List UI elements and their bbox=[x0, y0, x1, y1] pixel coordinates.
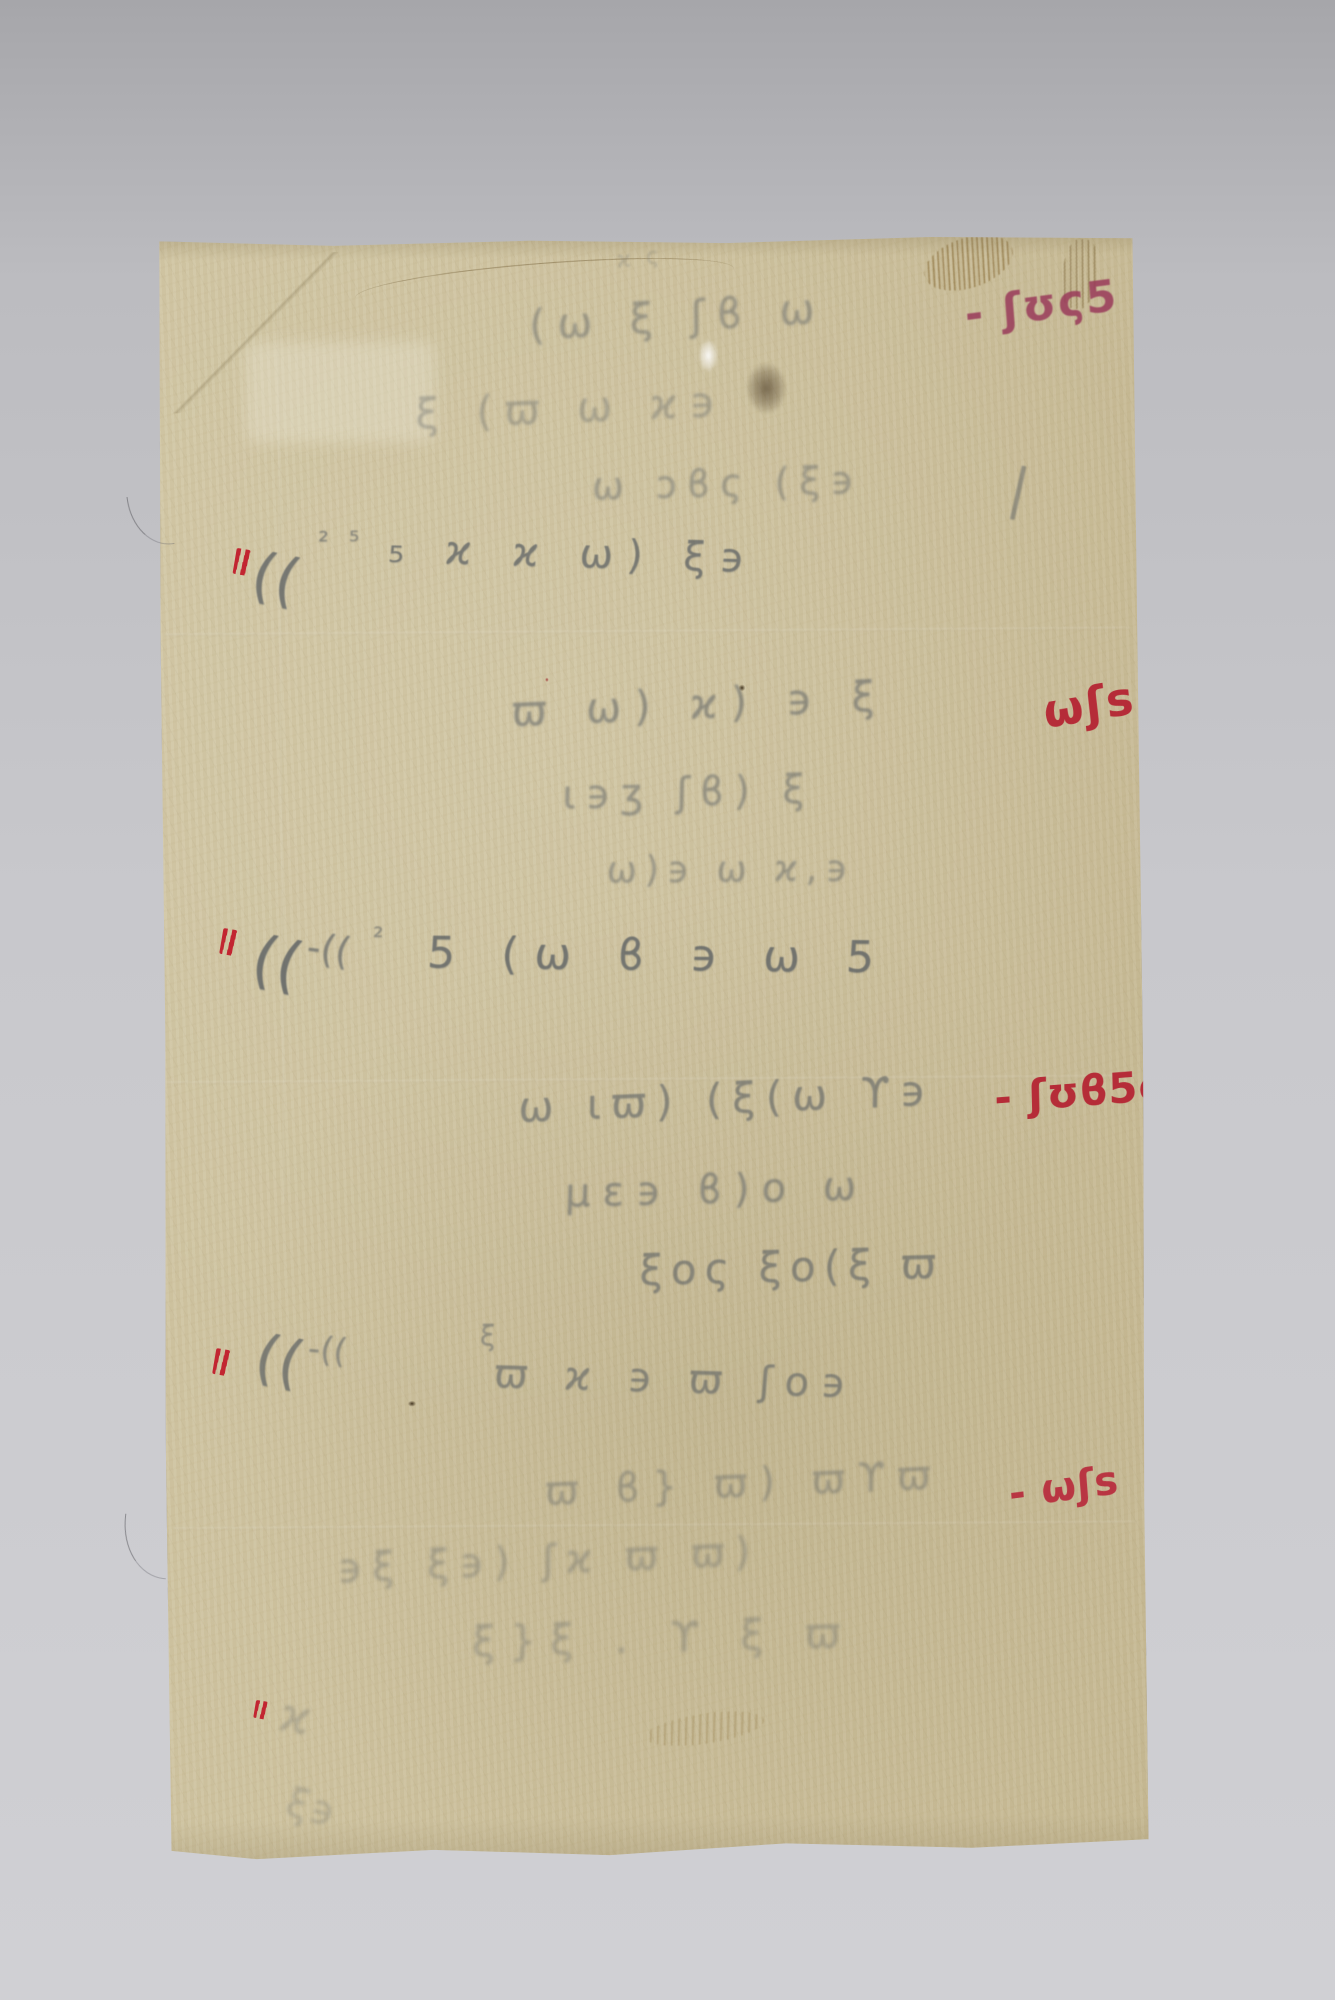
crease-diagonal-top-left bbox=[164, 252, 345, 413]
script-line-04: ω ɔϐς (ξ϶ bbox=[591, 458, 864, 509]
red-annotation-top-right: - ʃʊς5 bbox=[963, 270, 1120, 341]
red-annotation-right-4: - ωʃs bbox=[1007, 1457, 1120, 1517]
loose-thread-left-2 bbox=[119, 1514, 172, 1580]
section-mark-3: (( bbox=[247, 1322, 311, 1399]
crease-vertical bbox=[277, 303, 286, 1203]
crease-horizontal-1 bbox=[165, 627, 1130, 637]
crease-horizontal-3 bbox=[173, 1521, 1135, 1531]
section-mark-2: (( bbox=[244, 922, 310, 1002]
script-line-16: ϖ ϰ ϶ ϖ ʃο϶ bbox=[492, 1351, 859, 1407]
red-speck bbox=[544, 677, 549, 683]
script-line-12: ω ιϖ) (ξ(ω ϒ϶ bbox=[518, 1065, 936, 1132]
script-line-21: ξ϶ bbox=[280, 1780, 343, 1837]
brown-streak-bottom bbox=[643, 1705, 766, 1752]
script-line-09: ω)϶ ω ϰ,϶ bbox=[606, 849, 857, 892]
gloss-spot bbox=[695, 334, 721, 378]
script-line-17: ϖ ϐ} ϖ) ϖϒϖ bbox=[545, 1452, 943, 1515]
script-line-15: ξ bbox=[479, 1319, 496, 1352]
red-tick-4 bbox=[253, 1700, 268, 1720]
red-annotation-right-3: - ʃʊϐ5ς bbox=[994, 1061, 1165, 1123]
dark-smudge bbox=[737, 351, 796, 425]
script-line-20: ϰ bbox=[275, 1687, 317, 1745]
script-line-03: ξ (ϖ ω ϰ϶ bbox=[415, 377, 727, 439]
section-mark-1: (( bbox=[244, 540, 308, 617]
red-tick-1 bbox=[233, 548, 251, 576]
dark-speck-2 bbox=[406, 1400, 417, 1408]
script-line-01: ϰ ς bbox=[616, 243, 664, 273]
section-mark-2b: -(( bbox=[303, 925, 354, 974]
light-patch-top-left bbox=[245, 342, 436, 443]
red-annotation-right-2: ωʃs bbox=[1041, 670, 1138, 739]
section-mark-3b: -(( bbox=[305, 1329, 350, 1372]
script-line-05: ₂ ₅ bbox=[318, 518, 366, 548]
manuscript-photo: ϰ ς(ω ξ ʃϐ ωξ (ϖ ω ϰ϶ω ɔϐς (ξ϶|((₂ ₅₅ ϰ … bbox=[0, 0, 1335, 2000]
script-line-14: ξος ξο(ξ ϖ bbox=[639, 1239, 945, 1295]
script-line-06: ₅ ϰ ϰ ω) ξ϶ bbox=[387, 526, 761, 582]
paper-sheet: ϰ ς(ω ξ ʃϐ ωξ (ϖ ω ϰ϶ω ɔϐς (ξ϶|((₂ ₅₅ ϰ … bbox=[157, 235, 1148, 1862]
script-line-19: ξ}ξ . ϒ ξ ϖ bbox=[471, 1608, 855, 1666]
script-stroke-slash: | bbox=[1003, 456, 1035, 521]
script-line-13: με϶ ϐ)ο ω bbox=[564, 1163, 868, 1216]
script-line-07: ϖ ω) ϰ) ϶ ξ bbox=[511, 671, 888, 736]
red-tick-3 bbox=[212, 1348, 230, 1376]
script-line-11: 5 (ω ϐ ϶ ω 5 bbox=[426, 928, 892, 984]
script-line-18: ϶ξ ξ϶) ʃϰ ϖ ϖ) bbox=[337, 1528, 760, 1592]
script-line-02: (ω ξ ʃϐ ω bbox=[529, 283, 827, 350]
red-tick-2 bbox=[219, 928, 237, 956]
script-line-08: ι϶ʒ ʃϐ) ξ bbox=[562, 766, 816, 818]
script-line-10: ₂ bbox=[372, 914, 384, 944]
loose-thread-left-1 bbox=[127, 491, 175, 549]
